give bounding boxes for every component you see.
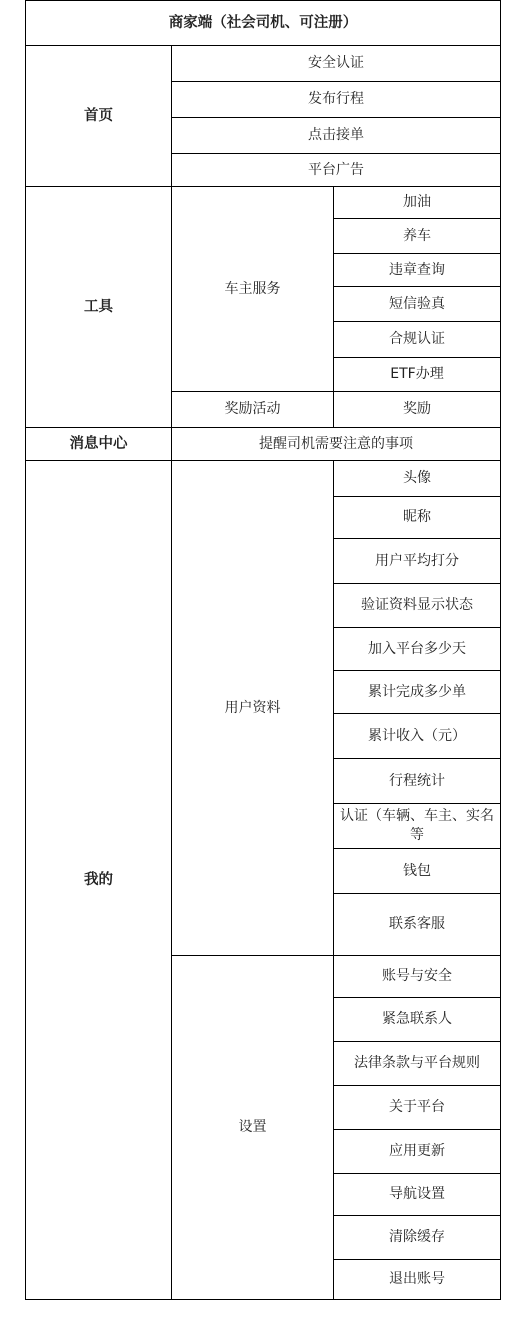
home-item: 发布行程 bbox=[171, 81, 501, 118]
profile-item: 认证（车辆、车主、实名等 bbox=[333, 803, 501, 849]
group-rewards: 奖励活动 bbox=[171, 391, 334, 428]
settings-item: 法律条款与平台规则 bbox=[333, 1041, 501, 1086]
group-settings: 设置 bbox=[171, 955, 334, 1300]
section-messages: 消息中心 bbox=[25, 427, 172, 461]
messages-description: 提醒司机需要注意的事项 bbox=[171, 427, 501, 461]
settings-item: 导航设置 bbox=[333, 1173, 501, 1216]
profile-item: 验证资料显示状态 bbox=[333, 583, 501, 628]
settings-item: 账号与安全 bbox=[333, 955, 501, 998]
profile-item: 累计完成多少单 bbox=[333, 670, 501, 714]
profile-item: 联系客服 bbox=[333, 893, 501, 956]
table-title: 商家端（社会司机、可注册） bbox=[25, 0, 501, 46]
settings-item: 应用更新 bbox=[333, 1129, 501, 1174]
tool-item: 加油 bbox=[333, 186, 501, 219]
tool-item: 养车 bbox=[333, 218, 501, 254]
tool-item: 合规认证 bbox=[333, 321, 501, 358]
section-home: 首页 bbox=[25, 45, 172, 187]
settings-item: 关于平台 bbox=[333, 1085, 501, 1130]
settings-item: 清除缓存 bbox=[333, 1215, 501, 1260]
tool-item: 短信验真 bbox=[333, 286, 501, 322]
settings-item: 紧急联系人 bbox=[333, 997, 501, 1042]
home-item: 点击接单 bbox=[171, 117, 501, 154]
profile-item: 加入平台多少天 bbox=[333, 627, 501, 671]
feature-table: 商家端（社会司机、可注册） 首页 安全认证 发布行程 点击接单 平台广告 工具 … bbox=[25, 0, 501, 1300]
profile-item: 头像 bbox=[333, 460, 501, 497]
profile-item: 昵称 bbox=[333, 496, 501, 539]
profile-item: 行程统计 bbox=[333, 758, 501, 804]
tool-item: 奖励 bbox=[333, 391, 501, 428]
profile-item: 钱包 bbox=[333, 848, 501, 894]
home-item: 平台广告 bbox=[171, 153, 501, 187]
group-user-profile: 用户资料 bbox=[171, 460, 334, 956]
settings-item: 退出账号 bbox=[333, 1259, 501, 1300]
section-tools: 工具 bbox=[25, 186, 172, 428]
profile-item: 累计收入（元） bbox=[333, 713, 501, 759]
home-item: 安全认证 bbox=[171, 45, 501, 82]
tool-item: ETF办理 bbox=[333, 357, 501, 392]
tool-item: 违章查询 bbox=[333, 253, 501, 287]
profile-item: 用户平均打分 bbox=[333, 538, 501, 584]
section-mine: 我的 bbox=[25, 460, 172, 1300]
group-owner-services: 车主服务 bbox=[171, 186, 334, 392]
